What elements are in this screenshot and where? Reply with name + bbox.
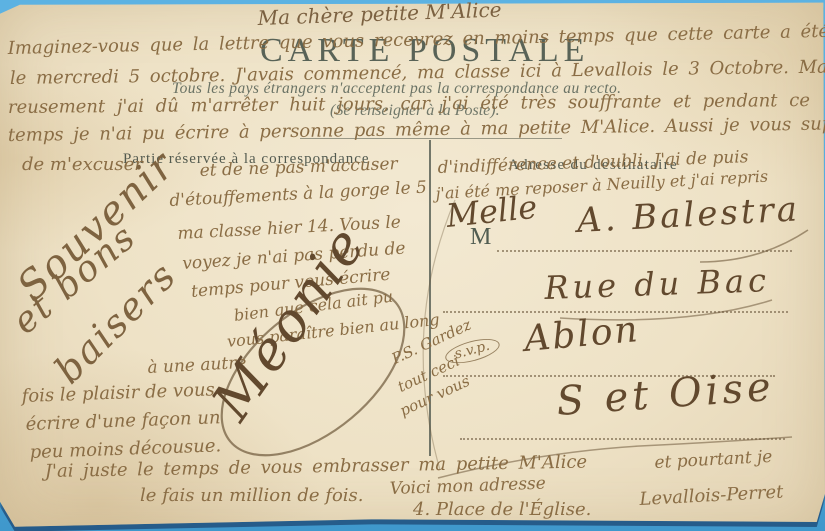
address-street: Rue du Bac: [544, 264, 771, 304]
address-city: Ablon: [523, 312, 641, 358]
postcard-scan: CARTE POSTALE Tous les pays étrangers n'…: [0, 0, 825, 531]
message-line: le fais un million de fois.: [140, 487, 364, 505]
addressee-title: Melle: [445, 191, 539, 232]
sender-address: 4. Place de l'Église.: [413, 501, 591, 519]
